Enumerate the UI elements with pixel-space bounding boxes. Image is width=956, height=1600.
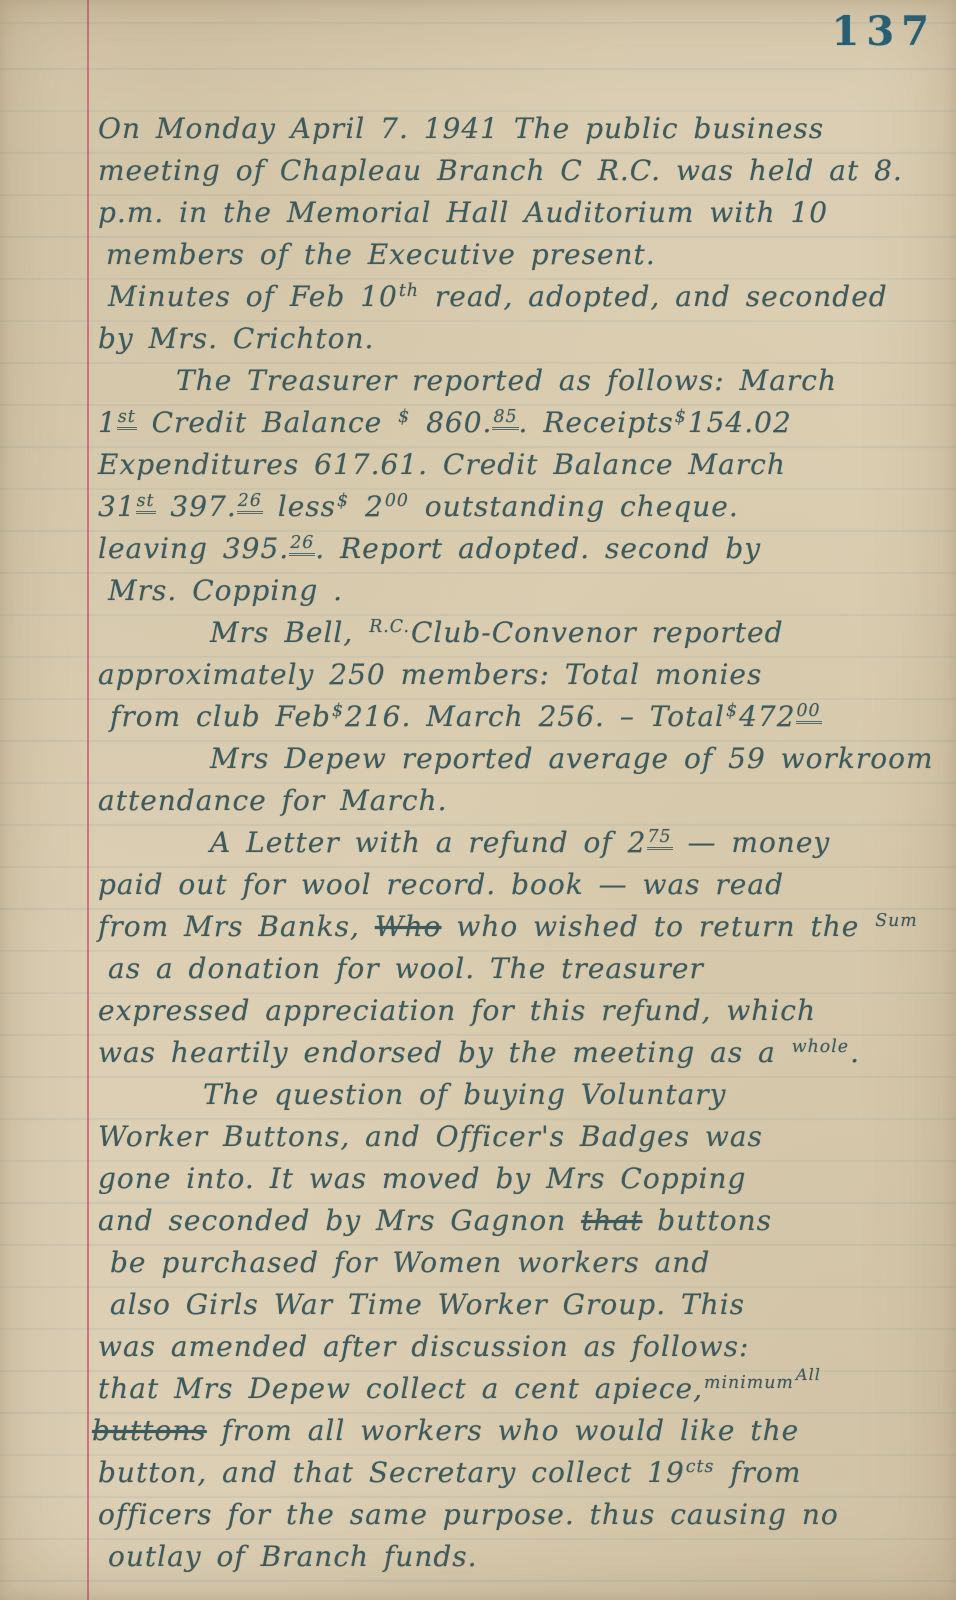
handwriting-segment: from all workers who would like the	[207, 1414, 799, 1447]
handwriting-segment: minimum	[703, 1373, 795, 1393]
handwriting-line: Minutes of Feb 10th read, adopted, and s…	[108, 280, 888, 313]
page-number: 137	[832, 8, 937, 55]
handwriting-segment: from club Feb	[110, 700, 331, 733]
handwriting-segment: $	[725, 701, 739, 721]
handwriting-segment: gone into. It was moved by Mrs Copping	[98, 1162, 746, 1195]
handwriting-segment: All	[795, 1365, 822, 1384]
handwriting-line: that Mrs Depew collect a cent apiece,min…	[98, 1372, 822, 1405]
handwriting-line: Mrs. Copping .	[108, 574, 343, 607]
handwriting-segment: leaving 395.	[98, 532, 289, 565]
handwriting-segment: Mrs Depew reported average of 59 workroo…	[210, 742, 934, 775]
handwriting-segment: 216. March 256. – Total	[345, 700, 725, 733]
handwriting-segment: — money	[673, 826, 831, 859]
handwriting-segment: members of the Executive present.	[106, 238, 656, 271]
handwriting-line: officers for the same purpose. thus caus…	[98, 1498, 839, 1531]
handwriting-line: 1st Credit Balance $ 860.85. Receipts$15…	[98, 406, 792, 439]
handwriting-segment: officers for the same purpose. thus caus…	[98, 1498, 839, 1531]
handwriting-segment: meeting of Chapleau Branch C R.C. was he…	[98, 154, 903, 187]
handwriting-segment: 31	[98, 490, 136, 523]
handwriting-segment: 26	[289, 533, 315, 556]
handwriting-segment: . Report adopted. second by	[315, 532, 761, 565]
handwriting-line: buttons from all workers who would like …	[92, 1414, 799, 1447]
handwriting-segment: was amended after discussion as follows:	[98, 1330, 749, 1363]
handwriting-segment: Minutes of Feb 10	[108, 280, 398, 313]
handwriting-line: as a donation for wool. The treasurer	[108, 952, 704, 985]
handwriting-segment: p.m. in the Memorial Hall Auditorium wit…	[98, 196, 828, 229]
handwriting-line: Mrs Bell, R.C.Club-Convenor reported	[210, 616, 784, 649]
handwriting-line: leaving 395.26. Report adopted. second b…	[98, 532, 761, 565]
handwriting-line: gone into. It was moved by Mrs Copping	[98, 1162, 746, 1195]
handwriting-segment: Mrs. Copping .	[108, 574, 343, 607]
handwriting-segment: On Monday April 7. 1941 The public busin…	[98, 112, 824, 145]
handwriting-segment: also Girls War Time Worker Group. This	[110, 1288, 745, 1321]
handwriting-segment: be purchased for Women workers and	[110, 1246, 710, 1279]
handwriting-text: On Monday April 7. 1941 The public busin…	[0, 0, 956, 1600]
handwriting-line: 31st 397.26 less$ 200 outstanding cheque…	[98, 490, 739, 523]
handwriting-segment: 85	[492, 407, 518, 430]
handwriting-segment: Credit Balance	[137, 406, 397, 439]
handwriting-segment: 397.	[156, 490, 237, 523]
handwriting-segment: Expenditures 617.61. Credit Balance Marc…	[98, 448, 786, 481]
handwriting-segment: Who	[375, 910, 442, 943]
handwriting-segment: 26	[237, 491, 263, 514]
handwriting-segment: as a donation for wool. The treasurer	[108, 952, 704, 985]
handwriting-segment: buttons	[92, 1414, 207, 1447]
handwriting-segment: approximately 250 members: Total monies	[98, 658, 762, 691]
handwriting-segment: 2	[350, 490, 384, 523]
handwriting-segment: $	[674, 407, 688, 427]
handwriting-segment: The question of buying Voluntary	[203, 1078, 726, 1111]
handwriting-line: The Treasurer reported as follows: March	[176, 364, 837, 397]
handwriting-line: attendance for March.	[98, 784, 447, 817]
handwriting-line: Worker Buttons, and Officer's Badges was	[98, 1120, 763, 1153]
handwriting-segment: cts	[685, 1457, 716, 1477]
handwriting-segment: $	[331, 701, 345, 721]
handwriting-segment: less	[263, 490, 336, 523]
handwriting-segment: 860.	[411, 406, 492, 439]
handwriting-segment: outlay of Branch funds.	[108, 1540, 478, 1573]
handwriting-segment: st	[117, 407, 137, 430]
handwriting-segment: paid out for wool record. book — was rea…	[98, 868, 784, 901]
handwriting-segment: 1	[98, 406, 117, 439]
handwriting-segment: A Letter with a refund of 2	[210, 826, 647, 859]
handwriting-line: The question of buying Voluntary	[203, 1078, 726, 1111]
handwriting-segment: The Treasurer reported as follows: March	[176, 364, 837, 397]
handwriting-segment: 00	[796, 701, 822, 724]
handwriting-segment: outstanding cheque.	[410, 490, 739, 523]
handwriting-segment: that Mrs Depew collect a cent apiece,	[98, 1372, 703, 1405]
handwriting-segment: 75	[647, 827, 673, 850]
handwriting-segment: was heartily endorsed by the meeting as …	[98, 1036, 791, 1069]
handwriting-line: expressed appreciation for this refund, …	[98, 994, 816, 1027]
handwriting-segment: that	[581, 1204, 642, 1237]
handwriting-segment: $	[397, 407, 411, 427]
handwriting-segment: from Mrs Banks,	[98, 910, 375, 943]
handwriting-line: also Girls War Time Worker Group. This	[110, 1288, 745, 1321]
handwriting-segment: and seconded by Mrs Gagnon	[98, 1204, 581, 1237]
handwriting-segment: by Mrs. Crichton.	[98, 322, 374, 355]
handwriting-line: p.m. in the Memorial Hall Auditorium wit…	[98, 196, 828, 229]
handwriting-segment: from	[715, 1456, 801, 1489]
handwriting-segment: Mrs Bell,	[210, 616, 368, 649]
notebook-page: 137 On Monday April 7. 1941 The public b…	[0, 0, 956, 1600]
handwriting-line: from club Feb$216. March 256. – Total$47…	[110, 700, 822, 733]
handwriting-line: meeting of Chapleau Branch C R.C. was he…	[98, 154, 903, 187]
handwriting-line: be purchased for Women workers and	[110, 1246, 710, 1279]
handwriting-line: Expenditures 617.61. Credit Balance Marc…	[98, 448, 786, 481]
handwriting-segment: buttons	[642, 1204, 772, 1237]
handwriting-line: outlay of Branch funds.	[108, 1540, 478, 1573]
handwriting-line: by Mrs. Crichton.	[98, 322, 374, 355]
handwriting-segment: read, adopted, and seconded	[420, 280, 888, 313]
handwriting-line: Mrs Depew reported average of 59 workroo…	[210, 742, 934, 775]
handwriting-line: was amended after discussion as follows:	[98, 1330, 749, 1363]
handwriting-line: paid out for wool record. book — was rea…	[98, 868, 784, 901]
handwriting-segment: .	[850, 1036, 860, 1069]
handwriting-line: and seconded by Mrs Gagnon that buttons	[98, 1204, 772, 1237]
handwriting-segment: st	[136, 491, 156, 514]
handwriting-segment: Sum	[874, 911, 919, 931]
handwriting-segment: R.C.	[368, 617, 411, 637]
handwriting-segment: 154.02	[688, 406, 792, 439]
handwriting-line: On Monday April 7. 1941 The public busin…	[98, 112, 824, 145]
handwriting-line: A Letter with a refund of 275 — money	[210, 826, 830, 859]
handwriting-segment: expressed appreciation for this refund, …	[98, 994, 816, 1027]
handwriting-line: approximately 250 members: Total monies	[98, 658, 762, 691]
handwriting-segment: th	[398, 281, 420, 301]
handwriting-segment: whole	[791, 1037, 850, 1057]
handwriting-line: from Mrs Banks, Who who wished to return…	[98, 910, 919, 943]
handwriting-line: button, and that Secretary collect 19cts…	[98, 1456, 801, 1489]
handwriting-segment: 472	[739, 700, 795, 733]
handwriting-segment: $	[336, 491, 350, 511]
handwriting-segment: attendance for March.	[98, 784, 447, 817]
handwriting-segment: Club-Convenor reported	[411, 616, 784, 649]
handwriting-segment: . Receipts	[519, 406, 674, 439]
handwriting-segment: who wished to return the	[442, 910, 875, 943]
handwriting-segment: 00	[384, 491, 410, 511]
handwriting-line: members of the Executive present.	[106, 238, 656, 271]
handwriting-segment: button, and that Secretary collect 19	[98, 1456, 685, 1489]
handwriting-line: was heartily endorsed by the meeting as …	[98, 1036, 860, 1069]
handwriting-segment: Worker Buttons, and Officer's Badges was	[98, 1120, 763, 1153]
